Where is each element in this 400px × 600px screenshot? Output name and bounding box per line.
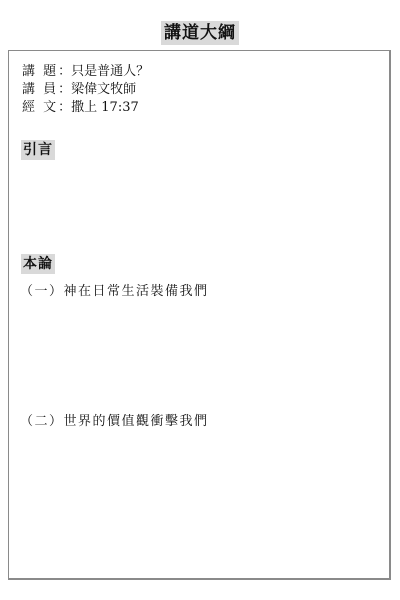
document-title: 講道大綱: [161, 21, 239, 45]
point-one-heading: （一）神在日常生活裝備我們: [20, 283, 209, 301]
meta-value-scripture: 撒上 17:37: [71, 100, 139, 115]
meta-row-scripture: 經 文：撒上 17:37: [22, 99, 149, 117]
sermon-meta: 講 題：只是普通人？ 講 員：梁偉文牧師 經 文：撒上 17:37: [22, 63, 149, 117]
meta-value-topic: 只是普通人？: [71, 64, 149, 79]
section-body-label: 本論: [21, 254, 55, 274]
meta-value-speaker: 梁偉文牧師: [71, 82, 136, 97]
meta-label-scripture: 經 文: [22, 100, 58, 115]
meta-label-topic: 講 題: [22, 64, 58, 79]
meta-row-speaker: 講 員：梁偉文牧師: [22, 81, 149, 99]
outline-frame: [8, 50, 391, 580]
point-two-heading: （二）世界的價值觀衝擊我們: [20, 413, 209, 431]
meta-separator: ：: [58, 64, 71, 79]
section-introduction-label: 引言: [21, 140, 55, 160]
meta-row-topic: 講 題：只是普通人？: [22, 63, 149, 81]
title-container: 講道大綱: [0, 21, 400, 45]
meta-separator: ：: [58, 82, 71, 97]
meta-separator: ：: [58, 100, 71, 115]
meta-label-speaker: 講 員: [22, 82, 58, 97]
